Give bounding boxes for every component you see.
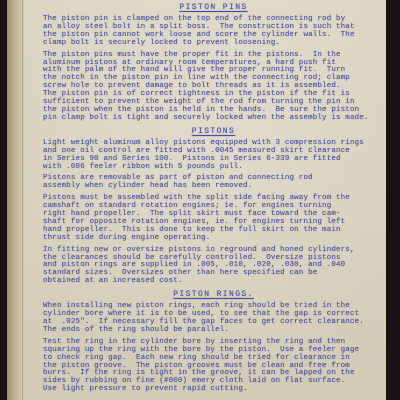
- page-crease-line: [22, 0, 23, 400]
- section-heading-pistons: PISTONS: [43, 127, 384, 136]
- paragraph-piston-pins-1: The piston pin is clamped on the top end…: [43, 16, 384, 48]
- paragraph-pistons-4: In fitting new or oversize pistons in re…: [43, 247, 384, 287]
- document-scan: PISTON PINS The piston pin is clamped on…: [0, 0, 400, 400]
- paragraph-piston-rings-2: Test the ring in the cylinder bore by in…: [43, 339, 384, 394]
- paragraph-pistons-1: Light weight aluminum alloy pistons equi…: [43, 140, 384, 172]
- section-heading-piston-pins: PISTON PINS: [43, 3, 384, 12]
- page-content: PISTON PINS The piston pin is clamped on…: [43, 2, 384, 398]
- document-page: PISTON PINS The piston pin is clamped on…: [7, 0, 386, 400]
- section-heading-piston-rings: PISTON RINGS.: [43, 290, 384, 299]
- paragraph-piston-rings-1: When installing new piston rings, each r…: [43, 303, 384, 335]
- paragraph-pistons-3: Pistons must be assembled with the split…: [43, 195, 384, 242]
- paragraph-piston-pins-2: The piston pins must have the proper fit…: [43, 52, 384, 123]
- paragraph-pistons-2: Pistons are removable as part of piston …: [43, 175, 384, 191]
- scan-corner-shadow: [0, 0, 5, 130]
